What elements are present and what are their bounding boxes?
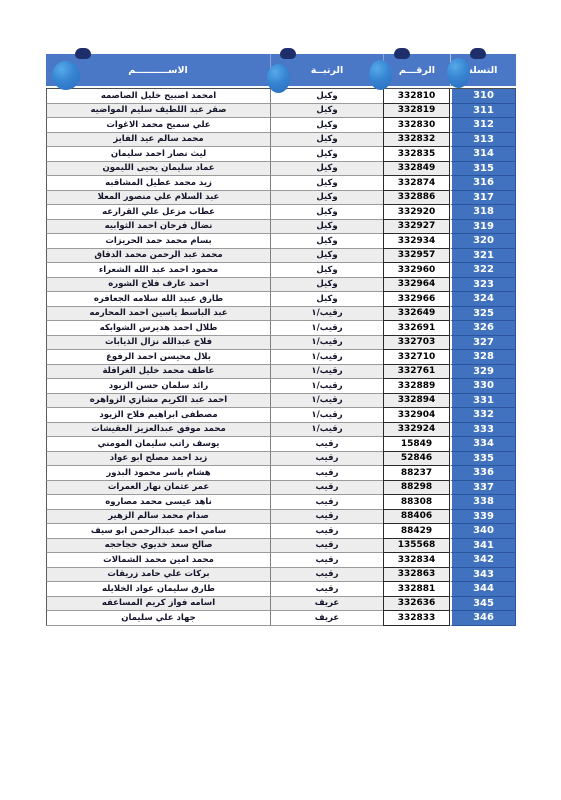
rank-cell: وكيل [270, 278, 383, 293]
balloon-pin-icon [369, 60, 392, 90]
name-cell: طلال احمد هديرس الشوابكه [46, 321, 270, 336]
rank-cell: وكيل [270, 263, 383, 278]
pin-cap-icon [394, 48, 410, 59]
rank-cell: وكيل [270, 89, 383, 104]
name-cell: ناهد عيسى محمد مصاروه [46, 495, 270, 510]
rank-cell: رقيب [270, 481, 383, 496]
table-row: 318 332920 وكيل عطاب مزعل علي القرارعه [46, 205, 516, 220]
header-cell-number: الرقـــم [383, 54, 450, 86]
number-cell: 332874 [383, 176, 450, 191]
name-cell: عاطف محمد خليل الغرافلة [46, 365, 270, 380]
pin-cap-icon [280, 48, 296, 59]
number-cell: 332833 [383, 611, 450, 626]
table-row: 316 332874 وكيل زيد محمد عطيل المشاقبه [46, 176, 516, 191]
table-row: 329 332761 رقيب/١ عاطف محمد خليل الغرافل… [46, 365, 516, 380]
table-row: 338 88308 رقيب ناهد عيسى محمد مصاروه [46, 495, 516, 510]
name-cell: طارق سليمان عواد الخلايله [46, 582, 270, 597]
name-cell: صالح سعد خديوي حجاحجه [46, 539, 270, 554]
serial-cell: 338 [450, 495, 516, 510]
rank-cell: وكيل [270, 118, 383, 133]
table-row: 324 332966 وكيل طارق عبيد الله سلامه الج… [46, 292, 516, 307]
name-cell: يوسف راتب سليمان المومني [46, 437, 270, 452]
serial-cell: 346 [450, 611, 516, 626]
table-row: 325 332649 رقيب/١ عبد الباسط ياسين احمد … [46, 307, 516, 322]
number-cell: 332835 [383, 147, 450, 162]
rank-cell: رقيب [270, 553, 383, 568]
number-cell: 332636 [383, 597, 450, 612]
rank-cell: وكيل [270, 205, 383, 220]
name-cell: نضال فرحان احمد الثوابيه [46, 220, 270, 235]
number-cell: 332703 [383, 336, 450, 351]
table-row: 315 332849 وكيل عماد سليمان يحيى الليمون [46, 162, 516, 177]
personnel-table: التسلسل الرقـــم الرتبــة الاســــــــــ… [46, 54, 516, 626]
name-cell: عماد سليمان يحيى الليمون [46, 162, 270, 177]
number-cell: 332894 [383, 394, 450, 409]
name-cell: جهاد علي سليمان [46, 611, 270, 626]
number-cell: 332889 [383, 379, 450, 394]
number-cell: 332904 [383, 408, 450, 423]
serial-cell: 325 [450, 307, 516, 322]
serial-cell: 328 [450, 350, 516, 365]
rank-cell: وكيل [270, 162, 383, 177]
serial-cell: 320 [450, 234, 516, 249]
number-cell: 332863 [383, 568, 450, 583]
number-cell: 332832 [383, 133, 450, 148]
number-cell: 332849 [383, 162, 450, 177]
serial-cell: 335 [450, 452, 516, 467]
rank-cell: وكيل [270, 133, 383, 148]
number-cell: 332819 [383, 104, 450, 119]
name-cell: فلاح عبدالله نزال الذيابات [46, 336, 270, 351]
serial-cell: 326 [450, 321, 516, 336]
serial-cell: 319 [450, 220, 516, 235]
name-cell: طارق عبيد الله سلامه الجعافره [46, 292, 270, 307]
rank-cell: عريف [270, 611, 383, 626]
name-cell: عبد السلام علي منصور المعلا [46, 191, 270, 206]
serial-cell: 315 [450, 162, 516, 177]
table-row: 327 332703 رقيب/١ فلاح عبدالله نزال الذي… [46, 336, 516, 351]
number-cell: 88298 [383, 481, 450, 496]
name-cell: بلال محيسن احمد الرفوع [46, 350, 270, 365]
rank-cell: وكيل [270, 191, 383, 206]
number-cell: 88308 [383, 495, 450, 510]
table-row: 341 135568 رقيب صالح سعد خديوي حجاحجه [46, 539, 516, 554]
number-cell: 332960 [383, 263, 450, 278]
serial-cell: 337 [450, 481, 516, 496]
rank-cell: رقيب/١ [270, 379, 383, 394]
name-cell: محمد عبد الرحمن محمد الدقاق [46, 249, 270, 264]
number-cell: 332964 [383, 278, 450, 293]
serial-cell: 317 [450, 191, 516, 206]
name-cell: علي سميح محمد الاغوات [46, 118, 270, 133]
name-cell: زيد احمد مصلح ابو عواد [46, 452, 270, 467]
serial-cell: 330 [450, 379, 516, 394]
serial-cell: 329 [450, 365, 516, 380]
rank-cell: رقيب [270, 437, 383, 452]
serial-cell: 316 [450, 176, 516, 191]
rank-cell: وكيل [270, 292, 383, 307]
name-cell: عبد الباسط ياسين احمد المحارمه [46, 307, 270, 322]
name-cell: احمد عارف فلاح الشوره [46, 278, 270, 293]
number-cell: 332920 [383, 205, 450, 220]
name-cell: ليث نصار احمد سليمان [46, 147, 270, 162]
name-cell: محمود احمد عبد الله الشعراء [46, 263, 270, 278]
table-body: 310 332810 وكيل امحمد اصبيح خليل الصاصمه… [46, 88, 516, 626]
rank-cell: رقيب/١ [270, 408, 383, 423]
serial-cell: 310 [450, 89, 516, 104]
rank-cell: عريف [270, 597, 383, 612]
name-cell: صدام محمد سالم الزهير [46, 510, 270, 525]
rank-cell: رقيب [270, 452, 383, 467]
rank-cell: رقيب/١ [270, 350, 383, 365]
number-cell: 88429 [383, 524, 450, 539]
table-row: 340 88429 رقيب سامي احمد عبدالرحمن ابو س… [46, 524, 516, 539]
rank-cell: رقيب [270, 539, 383, 554]
serial-cell: 339 [450, 510, 516, 525]
name-cell: عطاب مزعل علي القرارعه [46, 205, 270, 220]
number-cell: 332927 [383, 220, 450, 235]
rank-cell: رقيب [270, 582, 383, 597]
rank-cell: رقيب [270, 510, 383, 525]
number-cell: 88237 [383, 466, 450, 481]
table-row: 311 332819 وكيل صقر عبد اللطيف سليم المو… [46, 104, 516, 119]
table-row: 326 332691 رقيب/١ طلال احمد هديرس الشواب… [46, 321, 516, 336]
number-cell: 15849 [383, 437, 450, 452]
number-cell: 52846 [383, 452, 450, 467]
name-cell: مصطفى ابراهيم فلاح الزيود [46, 408, 270, 423]
rank-cell: رقيب/١ [270, 394, 383, 409]
table-row: 332 332904 رقيب/١ مصطفى ابراهيم فلاح الز… [46, 408, 516, 423]
table-row: 321 332957 وكيل محمد عبد الرحمن محمد الد… [46, 249, 516, 264]
number-cell: 332886 [383, 191, 450, 206]
rank-cell: وكيل [270, 234, 383, 249]
table-row: 335 52846 رقيب زيد احمد مصلح ابو عواد [46, 452, 516, 467]
name-cell: صقر عبد اللطيف سليم المواضيه [46, 104, 270, 119]
table-row: 337 88298 رقيب عمر عثمان نهار العمرات [46, 481, 516, 496]
serial-cell: 343 [450, 568, 516, 583]
serial-cell: 333 [450, 423, 516, 438]
serial-cell: 311 [450, 104, 516, 119]
number-cell: 332810 [383, 89, 450, 104]
serial-cell: 324 [450, 292, 516, 307]
name-cell: رائد سلمان حسن الزيود [46, 379, 270, 394]
table-row: 336 88237 رقيب هشام ياسر محمود البدور [46, 466, 516, 481]
name-cell: امحمد اصبيح خليل الصاصمه [46, 89, 270, 104]
pin-cap-icon [75, 48, 91, 59]
table-row: 314 332835 وكيل ليث نصار احمد سليمان [46, 147, 516, 162]
number-cell: 332881 [383, 582, 450, 597]
rank-cell: رقيب [270, 568, 383, 583]
serial-cell: 340 [450, 524, 516, 539]
table-row: 334 15849 رقيب يوسف راتب سليمان المومني [46, 437, 516, 452]
number-cell: 332691 [383, 321, 450, 336]
table-row: 331 332894 رقيب/١ احمد عبد الكريم مشازي … [46, 394, 516, 409]
name-cell: هشام ياسر محمود البدور [46, 466, 270, 481]
table-row: 322 332960 وكيل محمود احمد عبد الله الشع… [46, 263, 516, 278]
number-cell: 332649 [383, 307, 450, 322]
serial-cell: 322 [450, 263, 516, 278]
serial-cell: 342 [450, 553, 516, 568]
rank-cell: رقيب/١ [270, 365, 383, 380]
table-row: 320 332934 وكيل بسام محمد حمد الحريزات [46, 234, 516, 249]
balloon-pin-icon [447, 58, 470, 88]
serial-cell: 314 [450, 147, 516, 162]
serial-cell: 344 [450, 582, 516, 597]
name-cell: احمد عبد الكريم مشازي الزواهره [46, 394, 270, 409]
serial-cell: 312 [450, 118, 516, 133]
table-row: 344 332881 رقيب طارق سليمان عواد الخلايل… [46, 582, 516, 597]
rank-cell: وكيل [270, 147, 383, 162]
rank-cell: رقيب/١ [270, 307, 383, 322]
rank-cell: رقيب [270, 466, 383, 481]
number-cell: 332934 [383, 234, 450, 249]
table-row: 323 332964 وكيل احمد عارف فلاح الشوره [46, 278, 516, 293]
rank-cell: رقيب [270, 524, 383, 539]
serial-cell: 336 [450, 466, 516, 481]
number-cell: 332924 [383, 423, 450, 438]
serial-cell: 331 [450, 394, 516, 409]
serial-cell: 321 [450, 249, 516, 264]
table-row: 343 332863 رقيب بركات علي حامد زريقات [46, 568, 516, 583]
number-cell: 332710 [383, 350, 450, 365]
rank-cell: رقيب [270, 495, 383, 510]
serial-cell: 327 [450, 336, 516, 351]
table-row: 346 332833 عريف جهاد علي سليمان [46, 611, 516, 626]
number-cell: 135568 [383, 539, 450, 554]
table-row: 328 332710 رقيب/١ بلال محيسن احمد الرفوع [46, 350, 516, 365]
table-row: 319 332927 وكيل نضال فرحان احمد الثوابيه [46, 220, 516, 235]
rank-cell: وكيل [270, 176, 383, 191]
rank-cell: وكيل [270, 249, 383, 264]
serial-cell: 341 [450, 539, 516, 554]
serial-cell: 323 [450, 278, 516, 293]
table-row: 339 88406 رقيب صدام محمد سالم الزهير [46, 510, 516, 525]
pin-cap-icon [470, 48, 486, 59]
rank-cell: رقيب/١ [270, 423, 383, 438]
serial-cell: 332 [450, 408, 516, 423]
name-cell: اسامه فواز كريم المساعفه [46, 597, 270, 612]
rank-cell: رقيب/١ [270, 321, 383, 336]
rank-cell: رقيب/١ [270, 336, 383, 351]
scanned-roster-page: التسلسل الرقـــم الرتبــة الاســــــــــ… [0, 0, 561, 800]
serial-cell: 318 [450, 205, 516, 220]
name-cell: سامي احمد عبدالرحمن ابو سيف [46, 524, 270, 539]
number-cell: 88406 [383, 510, 450, 525]
number-cell: 332834 [383, 553, 450, 568]
number-cell: 332830 [383, 118, 450, 133]
table-row: 342 332834 رقيب محمد امين محمد الشمالات [46, 553, 516, 568]
table-row: 317 332886 وكيل عبد السلام علي منصور الم… [46, 191, 516, 206]
table-row: 313 332832 وكيل محمد سالم عيد الفايز [46, 133, 516, 148]
table-row: 312 332830 وكيل علي سميح محمد الاغوات [46, 118, 516, 133]
serial-cell: 345 [450, 597, 516, 612]
serial-cell: 313 [450, 133, 516, 148]
name-cell: زيد محمد عطيل المشاقبه [46, 176, 270, 191]
balloon-pin-icon [52, 61, 80, 90]
number-cell: 332957 [383, 249, 450, 264]
table-row: 345 332636 عريف اسامه فواز كريم المساعفه [46, 597, 516, 612]
name-cell: بسام محمد حمد الحريزات [46, 234, 270, 249]
name-cell: محمد موفق عبدالعزيز العقيشات [46, 423, 270, 438]
number-cell: 332966 [383, 292, 450, 307]
rank-cell: وكيل [270, 104, 383, 119]
name-cell: محمد امين محمد الشمالات [46, 553, 270, 568]
table-row: 333 332924 رقيب/١ محمد موفق عبدالعزيز ال… [46, 423, 516, 438]
name-cell: بركات علي حامد زريقات [46, 568, 270, 583]
name-cell: عمر عثمان نهار العمرات [46, 481, 270, 496]
balloon-pin-icon [267, 64, 290, 93]
number-cell: 332761 [383, 365, 450, 380]
name-cell: محمد سالم عيد الفايز [46, 133, 270, 148]
table-row: 330 332889 رقيب/١ رائد سلمان حسن الزيود [46, 379, 516, 394]
rank-cell: وكيل [270, 220, 383, 235]
serial-cell: 334 [450, 437, 516, 452]
